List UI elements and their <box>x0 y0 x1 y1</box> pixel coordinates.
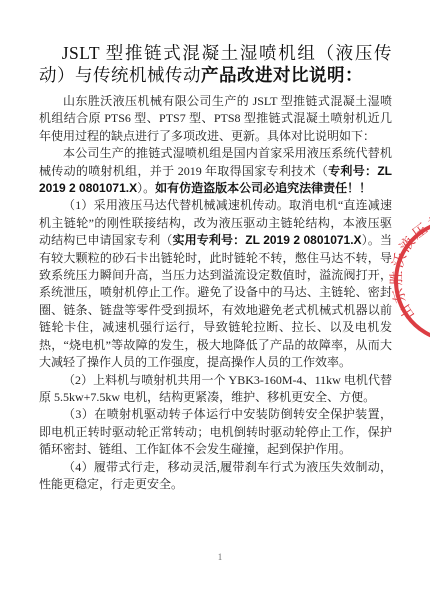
paragraph-patent: 本公司生产的推链式湿喷机组是国内首家采用液压系统代替机械传动的喷射机组，并于 2… <box>39 145 392 197</box>
paragraph-item4: （4）履带式行走，移动灵活,履带刹车行式为液压失效制动，性能更稳定，行走更安全。 <box>39 459 392 494</box>
paragraph-item1: （1）采用液压马达代替机械减速机传动。取消电机“直连减速机主链轮”的刚性联接结构… <box>39 197 392 371</box>
title-bold-text: 产品改进对比说明： <box>201 65 363 85</box>
page-title: JSLT 型推链式混凝土湿喷机组（液压传动）与传统机械传动产品改进对比说明： <box>39 42 392 86</box>
page-number: 1 <box>212 552 228 562</box>
patent-text-2: ）。 <box>137 181 155 195</box>
document-content: JSLT 型推链式混凝土湿喷机组（液压传动）与传统机械传动产品改进对比说明： 山… <box>39 42 392 493</box>
paragraph-item2: （2）上料机与喷射机共用一个 YBK3-160M-4、11kw 电机代替原 5.… <box>39 372 392 407</box>
legal-warning-bold: 如有仿造盗版本公司必追究法律责任！！ <box>155 181 371 195</box>
paragraph-intro: 山东胜沃液压机械有限公司生产的 JSLT 型推链式混凝土湿喷机组结合原 PTS6… <box>39 93 392 145</box>
document-page: JSLT 型推链式混凝土湿喷机组（液压传动）与传统机械传动产品改进对比说明： 山… <box>0 0 430 600</box>
utility-patent-number-bold: 实用专利号：ZL 2019 2 0801071.X <box>172 233 361 247</box>
paragraph-item3: （3）在喷射机驱动转子体运行中安装防倒转安全保护装置，即电机正转时驱动轮正常转动… <box>39 406 392 458</box>
item1-text-2: ）。当有较大颗粒的砂石卡出链轮时，此时链轮不转，憋住马达不转，导致系统压力瞬间升… <box>39 233 392 369</box>
